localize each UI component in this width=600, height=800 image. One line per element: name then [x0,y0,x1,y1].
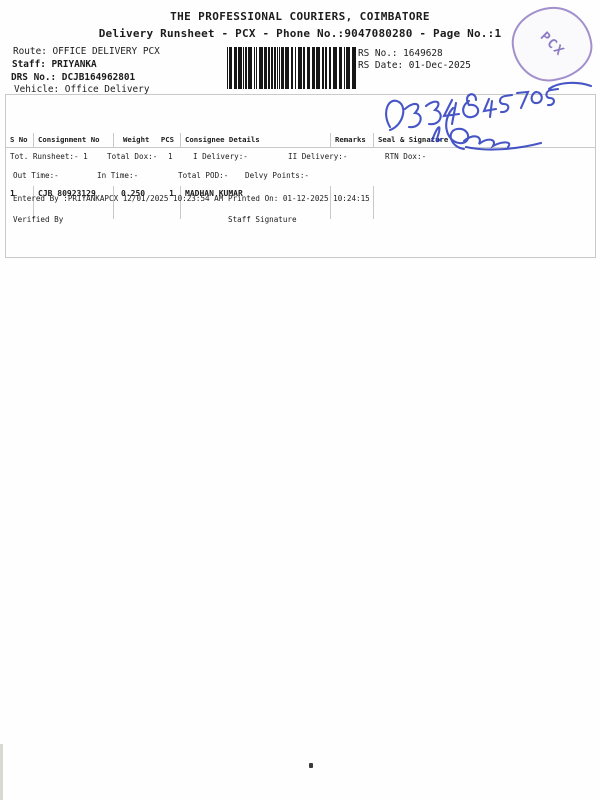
runsheet-document: THE PROFESSIONAL COURIERS, COIMBATORE De… [0,0,600,800]
rs-no-line: RS No.: 1649628 [358,48,443,59]
ii-delivery: II Delivery:- [288,152,347,161]
total-dox-value: 1 [168,152,173,161]
in-time: In Time:- [97,171,138,180]
i-delivery: I Delivery:- [193,152,248,161]
col-header-remarks: Remarks [331,133,374,147]
verified-by: Verified By [13,215,63,224]
runsheet-barcode [227,47,356,89]
row-seal-signature [374,186,595,219]
out-time: Out Time:- [13,171,59,180]
staff-line: Staff: PRIYANKA [12,59,97,70]
route-line: Route: OFFICE DELIVERY PCX [13,46,160,57]
printed-on: Printed On: 01-12-2025 10:24:15 [228,194,370,203]
col-header-sno: S No [6,133,34,147]
table-header-row: S No Consignment No Weight PCS Consignee… [6,133,595,148]
total-dox-label: Total Dox:- [107,152,157,161]
tot-runsheet: Tot. Runsheet:- 1 [10,152,88,161]
col-header-consignee: Consignee Details [181,133,331,147]
rs-date-line: RS Date: 01-Dec-2025 [358,60,471,71]
staff-signature-label: Staff Signature [228,215,297,224]
delvy-points: Delvy Points:- [245,171,309,180]
entered-by: Entered By :PRIYANKAPCX 12/01/2025 10:23… [13,194,223,203]
company-title: THE PROFESSIONAL COURIERS, COIMBATORE [0,10,600,23]
runsheet-subtitle: Delivery Runsheet - PCX - Phone No.:9047… [0,27,600,40]
rtn-dox: RTN Dox:- [385,152,426,161]
total-pod: Total POD:- [178,171,228,180]
drs-no-line: DRS No.: DCJB164962801 [11,72,135,83]
scan-edge-artifact [0,744,3,800]
scan-speck [309,763,313,768]
col-header-seal: Seal & Signature [374,133,595,147]
col-header-pcs: PCS [161,135,174,147]
col-header-consignment: Consignment No [34,133,114,147]
col-header-weight: Weight [118,135,149,147]
stamp-label: PCX [537,29,567,59]
col-header-weight-pcs: Weight PCS [114,133,181,147]
